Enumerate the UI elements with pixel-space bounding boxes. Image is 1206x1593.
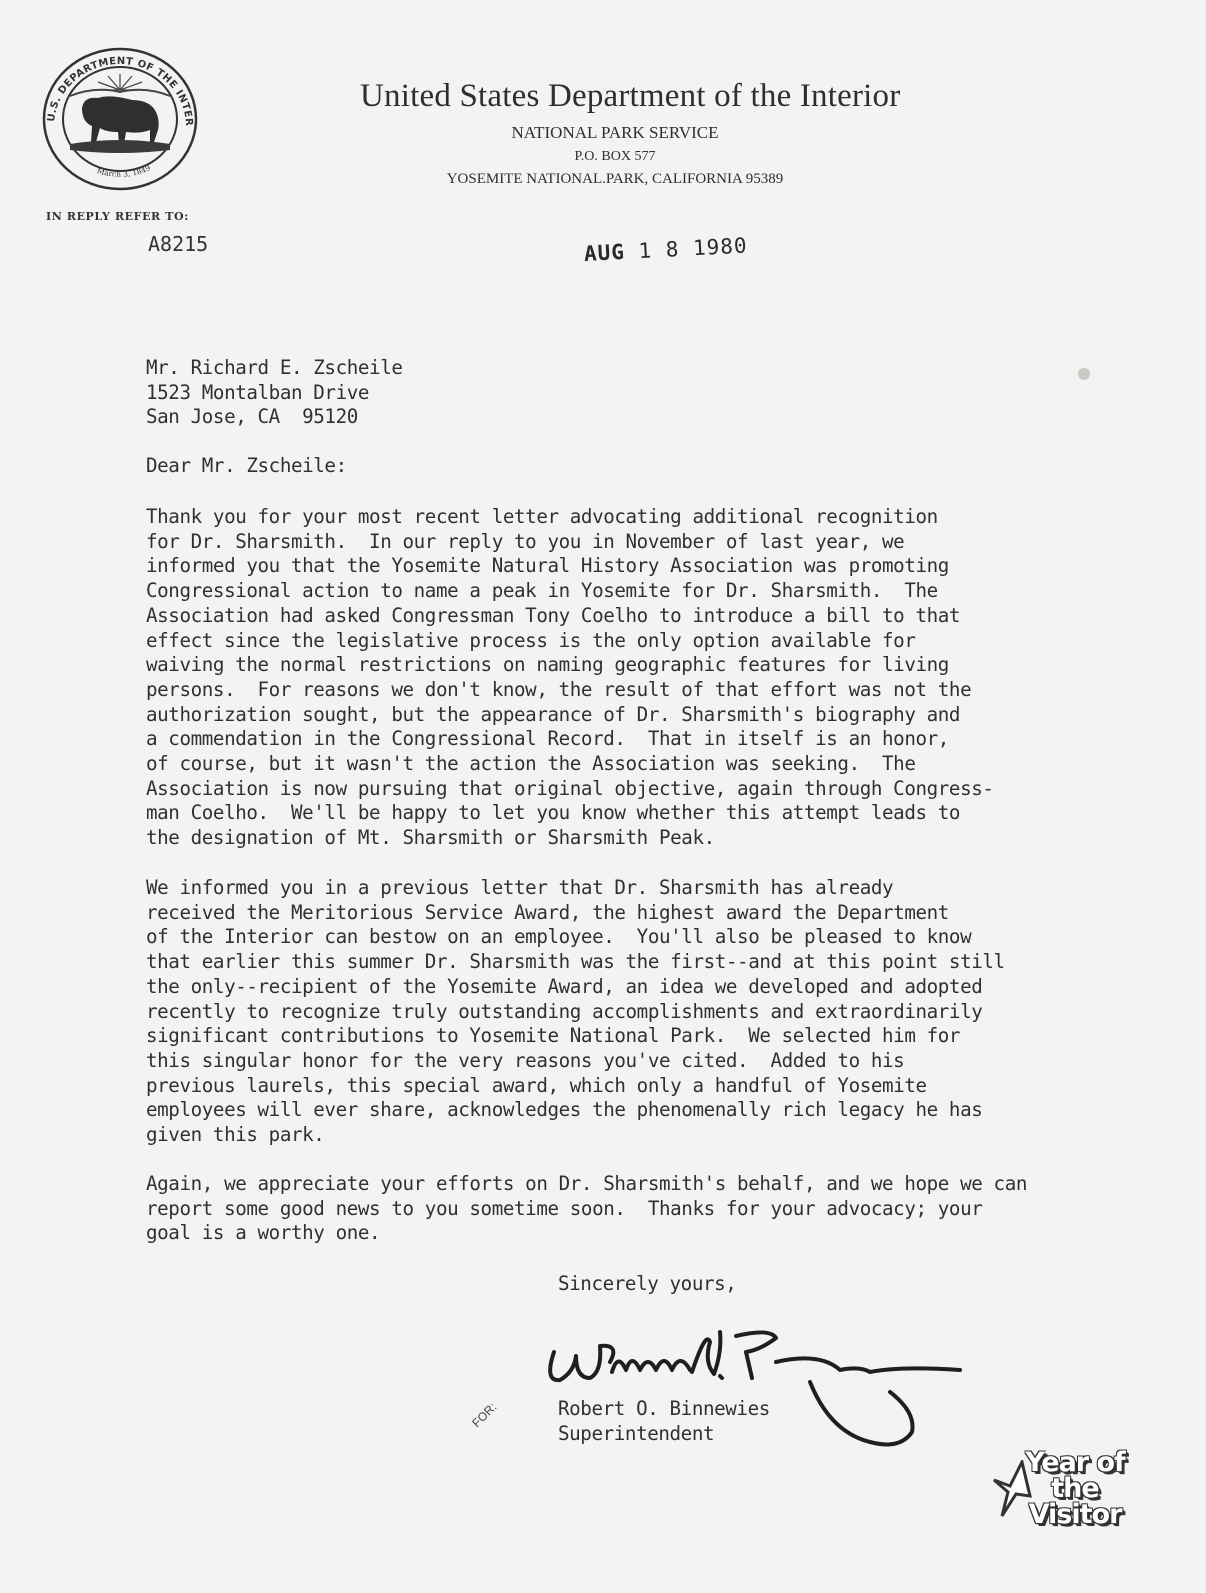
text-line: a commendation in the Congressional Reco… [146,727,994,752]
text-line: given this park. [146,1123,1005,1148]
for-mark: FOR: [469,1400,499,1430]
text-line: authorization sought, but the appearance… [146,703,994,728]
text-line: informed you that the Yosemite Natural H… [146,554,994,579]
text-line: previous laurels, this special award, wh… [146,1074,1005,1099]
bison-seal-icon: U.S. DEPARTMENT OF THE INTERIOR March 3,… [40,46,200,192]
recipient-address: Mr. Richard E. Zscheile1523 Montalban Dr… [146,356,403,430]
text-line: Congressional action to name a peak in Y… [146,579,994,604]
text-line: We informed you in a previous letter tha… [146,876,1005,901]
reply-refer-label: IN REPLY REFER TO: [46,210,189,223]
text-line: employees will ever share, acknowledges … [146,1098,1005,1123]
text-line: Thank you for your most recent letter ad… [146,505,994,530]
text-line: Association is now pursuing that origina… [146,777,994,802]
po-box: P.O. BOX 577 [250,149,980,165]
signer-block: Robert O. BinnewiesSuperintendent [558,1397,770,1446]
text-line: recently to recognize truly outstanding … [146,1000,1005,1025]
recipient-street: 1523 Montalban Drive [146,381,403,406]
file-reference-code: A8215 [148,232,208,256]
text-line: significant contributions to Yosemite Na… [146,1024,1005,1049]
logo-line-3: Visitor [1008,1502,1142,1528]
text-line: persons. For reasons we don't know, the … [146,678,994,703]
text-line: man Coelho. We'll be happy to let you kn… [146,801,994,826]
text-line: report some good news to you sometime so… [146,1197,1027,1222]
body-paragraph-2: We informed you in a previous letter tha… [146,876,1005,1148]
text-line: of course, but it wasn't the action the … [146,752,994,777]
svg-text:March 3, 1849: March 3, 1849 [96,163,152,179]
text-line: Again, we appreciate your efforts on Dr.… [146,1172,1027,1197]
text-line: the designation of Mt. Sharsmith or Shar… [146,826,994,851]
text-line: of the Interior can bestow on an employe… [146,925,1005,950]
text-line: this singular honor for the very reasons… [146,1049,1005,1074]
agency-name: NATIONAL PARK SERVICE [250,123,980,143]
text-line: for Dr. Sharsmith. In our reply to you i… [146,530,994,555]
text-line: that earlier this summer Dr. Sharsmith w… [146,950,1005,975]
letterhead: United States Department of the Interior… [250,78,980,188]
text-line: Association had asked Congressman Tony C… [146,604,994,629]
signer-title: Superintendent [558,1422,770,1447]
date-day-year: 1 8 1980 [638,233,748,263]
department-seal: U.S. DEPARTMENT OF THE INTERIOR March 3,… [40,46,200,192]
signer-name: Robert O. Binnewies [558,1397,770,1422]
text-line: the only--recipient of the Yosemite Awar… [146,975,1005,1000]
text-line: goal is a worthy one. [146,1221,1027,1246]
body-paragraph-3: Again, we appreciate your efforts on Dr.… [146,1172,1027,1246]
text-line: waiving the normal restrictions on namin… [146,653,994,678]
text-line: received the Meritorious Service Award, … [146,901,1005,926]
department-title: United States Department of the Interior [360,78,1000,115]
paper-smudge [1078,368,1090,380]
year-of-the-visitor-logo: Year of the Visitor [992,1450,1142,1550]
date-month: AUG [583,240,625,266]
body-paragraph-1: Thank you for your most recent letter ad… [146,505,994,851]
recipient-name: Mr. Richard E. Zscheile [146,356,403,381]
date-stamp: AUG 1 8 1980 [583,233,748,266]
salutation: Dear Mr. Zscheile: [146,454,347,479]
recipient-city: San Jose, CA 95120 [146,405,403,430]
letterhead-address: YOSEMITE NATIONAL.PARK, CALIFORNIA 95389 [250,171,980,188]
text-line: effect since the legislative process is … [146,629,994,654]
closing: Sincerely yours, [558,1272,736,1297]
